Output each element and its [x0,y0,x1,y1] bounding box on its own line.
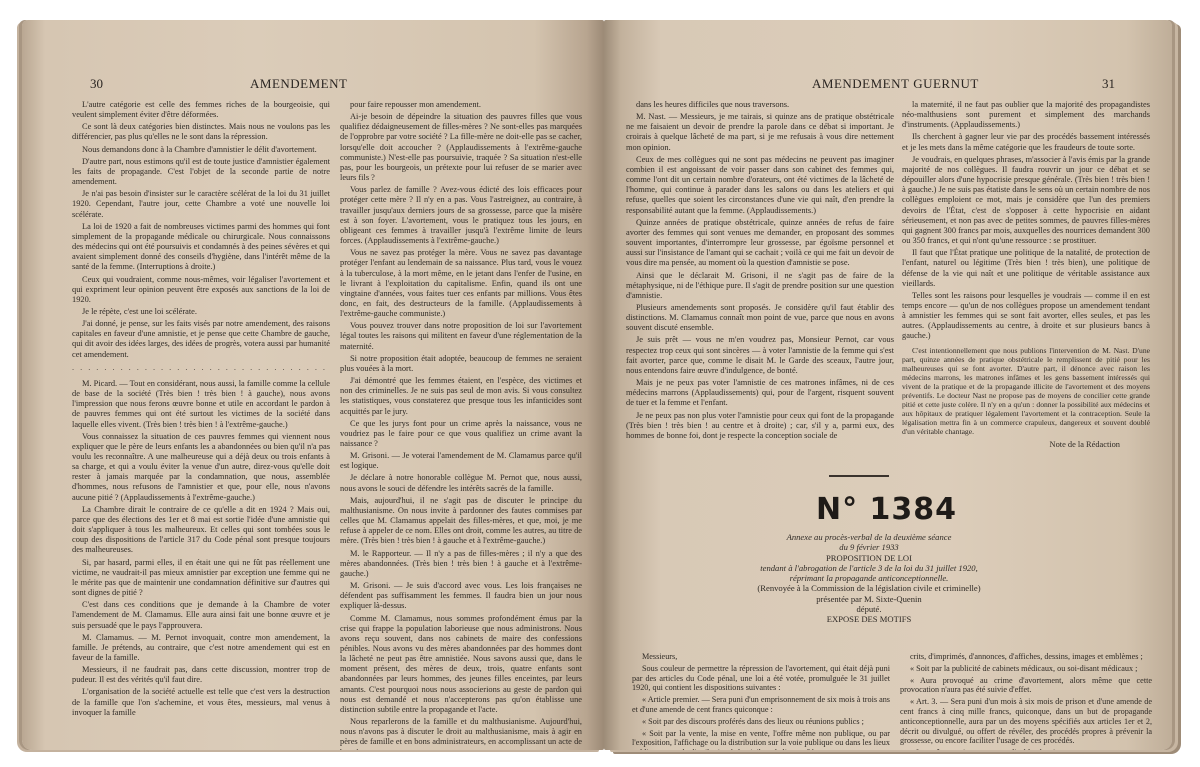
annex-header: Annexe au procès-verbal de la deuxième s… [744,532,994,625]
paragraph: M. Grisoni. — Je voterai l'amendement de… [340,451,582,471]
annex-line4: tendant à l'abrogation de l'article 3 de… [744,563,994,584]
paragraph: Ce sont là deux catégories bien distinct… [72,122,330,142]
paragraph: Nous reparlerons de la famille et du mal… [340,717,582,750]
right-page-column-2: la maternité, il ne faut pas oublier que… [902,100,1150,450]
annex-line8: EXPOSE DES MOTIFS [744,614,994,624]
paragraph: Ceux qui voudraient, comme nous-mêmes, v… [72,275,330,305]
page-number-left: 30 [90,76,103,92]
paragraph: Si, par hasard, parmi elles, il en était… [72,558,330,599]
paragraph: D'autre part, nous estimons qu'il est de… [72,157,330,187]
paragraph: Plusieurs amendements sont proposés. Je … [626,303,894,333]
paragraph: Je ne peux pas non plus voter l'amnistie… [626,411,894,441]
paragraph: M. Clamamus. — M. Pernot invoquait, cont… [72,633,330,663]
paragraph: C'est dans ces conditions que je demande… [72,600,330,630]
paragraph: Comme M. Clamamus, nous sommes profondém… [340,614,582,716]
paragraph: Mais je ne peux pas voter l'amnistie de … [626,378,894,408]
paragraph: J'ai donné, je pense, sur les faits visé… [72,319,330,360]
left-page-column-1: L'autre catégorie est celle des femmes r… [72,100,330,720]
page-number-right: 31 [1102,76,1115,92]
running-head-left: AMENDEMENT [250,76,347,92]
annex-line6: présentée par M. Sixte-Quenin [744,594,994,604]
paragraph: M. Picard. — Tout en considérant, nous a… [72,379,330,430]
paragraph: Si notre proposition était adoptée, beau… [340,354,582,374]
paragraph: « Art. 3. — Sera puni d'un mois à six mo… [900,697,1152,746]
paragraph: Il faut que l'État pratique une politiqu… [902,248,1150,289]
running-head-amendement: AMENDEMENT [812,76,909,91]
paragraph: Mais, aujourd'hui, il ne s'agit pas de d… [340,496,582,547]
annex-line2: du 9 février 1933 [744,542,994,552]
paragraph: M. Nast. — Messieurs, je me tairais, si … [626,112,894,153]
paragraph: La Chambre dirait le contraire de ce qu'… [72,505,330,556]
paragraph: Ainsi que le déclarait M. Grisoni, il ne… [626,271,894,301]
paragraph: crits, d'imprimés, d'annonces, d'affiche… [900,652,1152,662]
left-page: 30 AMENDEMENT L'autre catégorie est cell… [22,20,604,750]
paragraph: La loi de 1920 a fait de nombreuses vict… [72,222,330,273]
annex-line5: (Renvoyée à la Commission de la législat… [744,583,994,593]
section-divider [829,475,889,477]
right-page: AMENDEMENT GUERNUT 31 dans les heures di… [604,20,1172,750]
right-page-column-1: dans les heures difficiles que nous trav… [626,100,894,443]
paragraph: Messieurs, il ne faudrait pas, dans cett… [72,665,330,685]
paragraph: Vous ne savez pas protéger la mère. Vous… [340,248,582,319]
editor-note: C'est intentionnellement que nous publio… [902,346,1150,436]
paragraph: Telles sont les raisons pour lesquelles … [902,291,1150,342]
paragraph: Ils cherchent à gagner leur vie par des … [902,132,1150,152]
paragraph: L'autre catégorie est celle des femmes r… [72,100,330,120]
paragraph: Nous demandons donc à la Chambre d'amnis… [72,145,330,155]
paragraph: Ceux de mes collègues qui ne sont pas mé… [626,155,894,216]
paragraph: « Article premier. — Sera puni d'un empr… [632,695,890,715]
running-head-guernut: GUERNUT [913,76,979,91]
paragraph: dans les heures difficiles que nous trav… [626,100,894,110]
left-page-column-2: pour faire repousser mon amendement.Ai-j… [340,100,582,750]
paragraph: Je le répète, c'est une loi scélérate. [72,307,330,317]
annex-number: N° 1384 [816,492,957,527]
paragraph: Messieurs, [632,652,890,662]
paragraph: Je n'ai pas besoin d'insister sur le car… [72,189,330,219]
paragraph: pour faire repousser mon amendement. [340,100,582,110]
paragraph: Je voudrais, en quelques phrases, m'asso… [902,155,1150,246]
paragraph: J'ai démontré que les femmes étaient, en… [340,376,582,417]
paragraph: Je déclare à notre honorable collègue M.… [340,473,582,493]
running-head-right-prefix: AMENDEMENT GUERNUT [812,76,979,92]
paragraph: « Les mêmes peines seront applicables à … [900,748,1152,750]
paragraph: Je suis prêt — vous ne m'en voudrez pas,… [626,335,894,376]
paragraph: Sous couleur de permettre la répression … [632,664,890,693]
paragraph: Ai-je besoin de dépeindre la situation d… [340,112,582,183]
paragraph: « Soit par des discours proférés dans de… [632,717,890,727]
right-column-2-paragraphs: la maternité, il ne faut pas oublier que… [902,100,1150,342]
ellipsis-separator: ........................................… [72,363,330,373]
editor-note-text: C'est intentionnellement que nous publio… [902,346,1150,436]
paragraph: « Soit par la vente, la mise en vente, l… [632,729,890,750]
paragraph: Quinze années de pratique obstétricale, … [626,218,894,269]
annex-line1: Annexe au procès-verbal de la deuxième s… [744,532,994,542]
paragraph: « Aura provoqué au crime d'avortement, a… [900,676,1152,696]
paragraph: M. Grisoni. — Je suis d'accord avec vous… [340,581,582,611]
paragraph: Vous parlez de famille ? Avez-vous édict… [340,185,582,246]
paragraph: M. le Rapporteur. — Il n'y a pas de fill… [340,549,582,579]
annex-line3: PROPOSITION DE LOI [744,553,994,563]
annex-line7: député. [744,604,994,614]
paragraph: Ce que les jurys font pour un crime aprè… [340,419,582,449]
open-book: 30 AMENDEMENT L'autre catégorie est cell… [14,14,1190,754]
paragraph: la maternité, il ne faut pas oublier que… [902,100,1150,130]
paragraph: Vous connaissez la situation de ces pauv… [72,432,330,503]
motifs-column-1: Messieurs,Sous couleur de permettre la r… [632,652,890,750]
motifs-column-2: crits, d'imprimés, d'annonces, d'affiche… [900,652,1152,750]
paragraph: « Soit par la publicité de cabinets médi… [900,664,1152,674]
paragraph: Vous pouvez trouver dans notre propositi… [340,321,582,351]
editor-note-signature: Note de la Rédaction [902,440,1150,450]
paragraph: L'organisation de la société actuelle es… [72,687,330,717]
